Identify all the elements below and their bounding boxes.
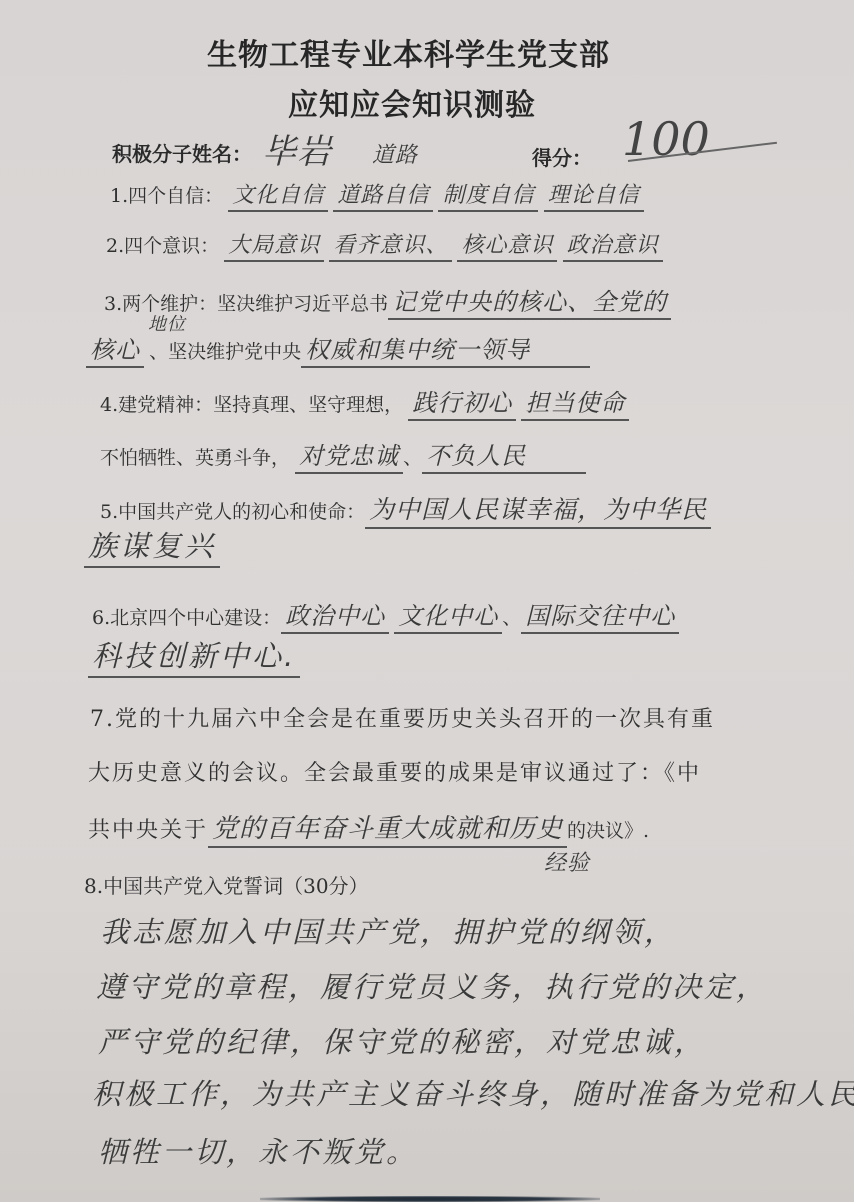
question-number: 5.	[100, 501, 118, 523]
answer-blank: 践行初心	[408, 383, 516, 421]
score-value: 100	[622, 112, 710, 166]
answer-blank: 族谋复兴	[84, 524, 220, 568]
question-number: 8.	[84, 874, 103, 898]
question-prompt: 四个自信：	[128, 185, 223, 207]
score-label: 得分：	[532, 142, 592, 171]
question-text: 共中央关于	[88, 818, 208, 843]
name-label: 积极分子姓名：	[112, 138, 252, 167]
oath-line: 我志愿加入中国共产党，拥护党的纲领，	[100, 910, 676, 951]
answer-blank: 大局意识	[224, 228, 324, 262]
answer-blank: 为中国人民谋幸福，为中华民	[365, 490, 711, 529]
question-prompt: 建党精神：坚持真理、坚守理想，	[118, 394, 403, 416]
question-8: 8.中国共产党入党誓词（30分）	[84, 870, 369, 899]
answer-blank: 核心意识	[457, 228, 557, 262]
question-text: 党的十九届六中全会是在重要历史关头召开的一次具有重	[115, 707, 715, 732]
answer-blank: 文化中心	[394, 596, 502, 634]
answer-blank: 科技创新中心.	[88, 634, 300, 678]
answer-blank: 担当使命	[521, 383, 629, 421]
answer-insertion-note: 经验	[544, 846, 590, 877]
question-text: 不怕牺牲、英勇斗争，	[100, 447, 290, 469]
answer-blank: 政治意识	[563, 228, 663, 262]
quiz-paper: 生物工程专业本科学生党支部 应知应会知识测验 积极分子姓名： 毕岩 道路 得分：…	[0, 0, 854, 1202]
question-number: 4.	[100, 394, 118, 416]
document-title: 生物工程专业本科学生党支部	[207, 30, 610, 74]
question-text: 、坚决维护党中央	[149, 341, 301, 363]
answer-blank: 国际交往中心	[521, 596, 679, 634]
answer-blank: 党的百年奋斗重大成就和历史	[208, 808, 567, 848]
answer-blank: 记党中央的核心、全党的	[388, 282, 671, 320]
question-number: 3.	[104, 293, 122, 315]
document-subtitle: 应知应会知识测验	[288, 80, 536, 124]
question-prompt: 四个意识：	[124, 235, 219, 257]
oath-line: 严守党的纪律，保守党的秘密，对党忠诚，	[98, 1020, 706, 1061]
question-text: 的决议》.	[567, 820, 649, 842]
question-4-line-2: 不怕牺牲、英勇斗争， 对党忠诚、不负人民	[100, 436, 586, 474]
question-4: 4.建党精神：坚持真理、坚守理想， 践行初心 担当使命	[100, 383, 629, 421]
question-number: 7.	[90, 707, 115, 732]
question-prompt: 北京四个中心建设：	[110, 607, 281, 629]
name-annotation: 道路	[372, 138, 418, 169]
question-7: 7.党的十九届六中全会是在重要历史关头召开的一次具有重	[90, 702, 715, 733]
answer-blank: 对党忠诚	[295, 436, 403, 474]
photo-edge-shadow	[260, 1196, 600, 1202]
answer-insertion-note: 地位	[148, 310, 186, 336]
answer-blank: 核心	[86, 330, 144, 368]
question-6-line-2: 科技创新中心.	[88, 634, 300, 678]
name-value: 毕岩	[262, 124, 332, 173]
question-7-line-2: 大历史意义的会议。全会最重要的成果是审议通过了：《中	[88, 756, 701, 787]
question-number: 2.	[106, 235, 124, 257]
answer-blank: 制度自信	[438, 178, 538, 212]
question-1: 1.四个自信： 文化自信 道路自信 制度自信 理论自信	[110, 178, 644, 212]
answer-blank: 道路自信	[333, 178, 433, 212]
question-7-line-3: 共中央关于党的百年奋斗重大成就和历史的决议》.	[88, 808, 649, 848]
question-6: 6.北京四个中心建设：政治中心 文化中心、国际交往中心	[92, 596, 679, 634]
separator: 、	[403, 447, 422, 469]
question-number: 1.	[110, 185, 128, 207]
answer-blank: 权威和集中统一领导	[301, 330, 590, 368]
oath-line: 遵守党的章程，履行党员义务，执行党的决定，	[96, 965, 768, 1006]
question-prompt: 中国共产党人的初心和使命：	[118, 501, 365, 523]
answer-blank: 文化自信	[228, 178, 328, 212]
separator: 、	[502, 607, 521, 629]
question-2: 2.四个意识： 大局意识 看齐意识、 核心意识 政治意识	[106, 228, 663, 262]
answer-blank: 政治中心	[281, 596, 389, 634]
answer-blank: 理论自信	[544, 178, 644, 212]
question-prompt: 中国共产党入党誓词（30分）	[103, 874, 368, 898]
question-number: 6.	[92, 607, 110, 629]
oath-line: 牺牲一切，永不叛党。	[98, 1130, 418, 1171]
oath-line: 积极工作，为共产主义奋斗终身，随时准备为党和人民	[92, 1072, 854, 1113]
answer-blank: 看齐意识、	[329, 228, 452, 262]
question-5-line-2: 族谋复兴	[84, 524, 220, 568]
question-3: 3.两个维护：坚决维护习近平总书记党中央的核心、全党的	[104, 282, 671, 320]
answer-blank: 不负人民	[422, 436, 586, 474]
